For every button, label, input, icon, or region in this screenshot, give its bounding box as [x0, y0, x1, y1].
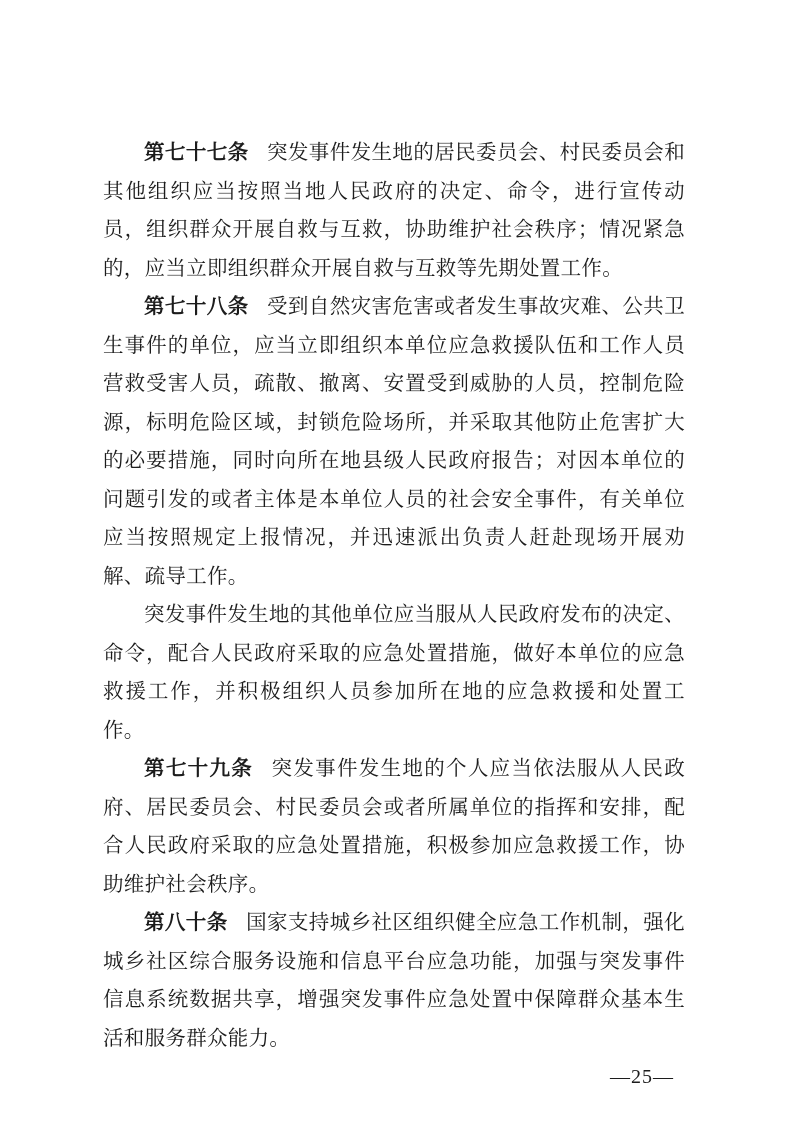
article-paragraph-77: 第七十七条突发事件发生地的居民委员会、村民委员会和其他组织应当按照当地人民政府的… — [103, 134, 685, 288]
article-paragraph-78: 第七十八条受到自然灾害危害或者发生事故灾难、公共卫生事件的单位，应当立即组织本单… — [103, 288, 685, 596]
article-number-78: 第七十八条 — [144, 295, 249, 318]
article-text-78-clause-2: 突发事件发生地的其他单位应当服从人民政府发布的决定、命令，配合人民政府采取的应急… — [103, 604, 685, 742]
article-paragraph-79: 第七十九条突发事件发生地的个人应当依法服从人民政府、居民委员会、村民委员会或者所… — [103, 750, 685, 904]
document-body: 第七十七条突发事件发生地的居民委员会、村民委员会和其他组织应当按照当地人民政府的… — [103, 134, 685, 1058]
article-number-79: 第七十九条 — [144, 757, 253, 780]
article-paragraph-78-clause-2: 突发事件发生地的其他单位应当服从人民政府发布的决定、命令，配合人民政府采取的应急… — [103, 596, 685, 750]
article-text-78: 受到自然灾害危害或者发生事故灾难、公共卫生事件的单位，应当立即组织本单位应急救援… — [103, 296, 685, 588]
article-number-77: 第七十七条 — [144, 141, 249, 164]
article-number-80: 第八十条 — [144, 911, 228, 934]
document-page: 第七十七条突发事件发生地的居民委员会、村民委员会和其他组织应当按照当地人民政府的… — [0, 0, 793, 1122]
page-number: —25— — [610, 1066, 674, 1089]
article-paragraph-80: 第八十条国家支持城乡社区组织健全应急工作机制，强化城乡社区综合服务设施和信息平台… — [103, 904, 685, 1058]
